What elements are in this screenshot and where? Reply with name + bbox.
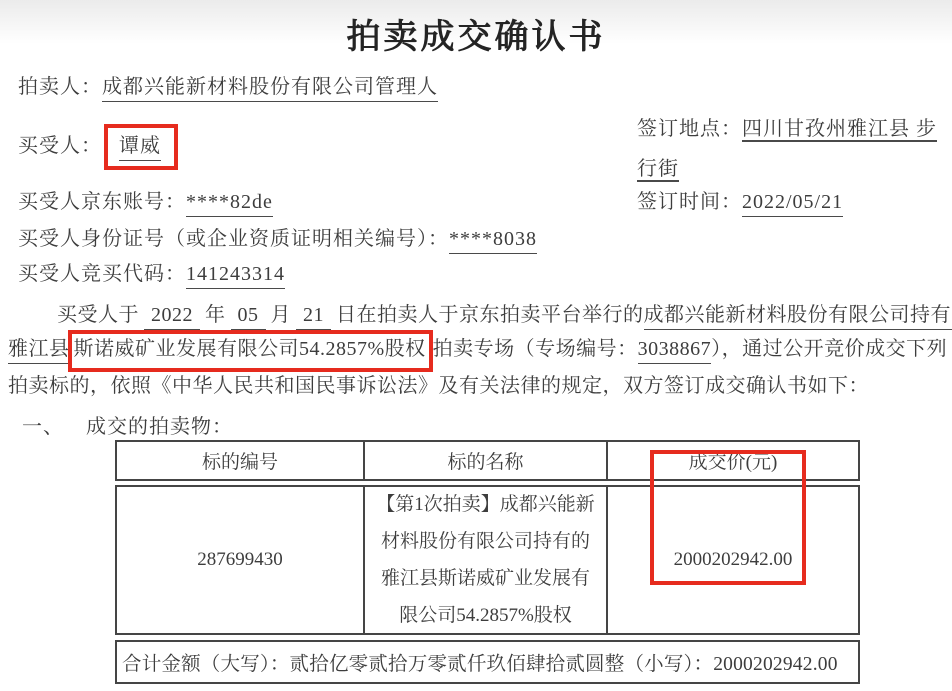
highlight-box-buyer: 谭威	[104, 124, 178, 170]
page-title: 拍卖成交确认书	[0, 9, 952, 58]
para-equity: 斯诺威矿业发展有限公司54.2857%股权	[74, 338, 426, 360]
buyer-id-value: ****8038	[449, 228, 537, 254]
para-line3-text: 拍卖标的，依照《中华人民共和国民事诉讼法》及有关法律的规定，双方签订成交确认书如…	[8, 375, 869, 397]
sign-place-label: 签订地点：	[637, 118, 742, 140]
table-data-row: 287699430 【第1次拍卖】成都兴能新材料股份有限公司持有的雅江县斯诺威矿…	[115, 485, 860, 635]
para-day: 21	[296, 304, 331, 330]
auctioneer-value: 成都兴能新材料股份有限公司管理人	[102, 76, 438, 102]
buyer-label: 买受人：	[18, 135, 102, 157]
paragraph-line-1: 买受人于2022年05月21日在拍卖人于京东拍卖平台举行的成都兴能新材料股份有限…	[57, 302, 952, 329]
section-title: 成交的拍卖物：	[86, 416, 233, 438]
table-total-row: 合计金额（大写）：贰拾亿零贰拾万零贰仟玖佰肆拾贰圆整（小写）：200020294…	[115, 640, 860, 684]
para-holder: 成都兴能新材料股份有限公司持有的	[644, 304, 952, 330]
paragraph-line-3: 拍卖标的，依照《中华人民共和国民事诉讼法》及有关法律的规定，双方签订成交确认书如…	[8, 373, 869, 400]
field-sign-place: 签订地点：四川甘孜州雅江县 步行街	[637, 109, 949, 189]
sign-time-value: 2022/05/21	[742, 191, 843, 217]
para-month: 05	[231, 304, 266, 330]
table-header-row: 标的编号 标的名称 成交价(元)	[115, 440, 860, 481]
para-session-prefix: 拍卖专场（专场编号：	[433, 338, 638, 360]
field-bid-code: 买受人竞买代码：141243314	[18, 261, 285, 287]
section-number: 一、	[22, 416, 64, 438]
para-sep-month: 月	[271, 304, 292, 326]
bid-code-value: 141243314	[186, 263, 285, 289]
field-sign-time: 签订时间：2022/05/21	[637, 189, 843, 215]
field-auctioneer: 拍卖人：成都兴能新材料股份有限公司管理人	[18, 74, 438, 100]
field-buyer: 买受人：谭威	[18, 133, 178, 159]
header-lot-number: 标的编号	[117, 442, 365, 479]
jd-account-label: 买受人京东账号：	[18, 191, 186, 213]
para-lead: 买受人于	[57, 304, 139, 326]
lots-table: 标的编号 标的名称 成交价(元) 287699430 【第1次拍卖】成都兴能新材…	[115, 440, 860, 690]
field-jd-account: 买受人京东账号：****82de	[18, 189, 273, 215]
cell-lot-name: 【第1次拍卖】成都兴能新材料股份有限公司持有的雅江县斯诺威矿业发展有限公司54.…	[365, 487, 608, 633]
header-deal-price: 成交价(元)	[608, 442, 858, 479]
jd-account-value: ****82de	[186, 191, 273, 217]
field-buyer-id: 买受人身份证号（或企业资质证明相关编号）：****8038	[18, 226, 537, 252]
para-county: 雅江县	[8, 338, 70, 364]
section-heading: 一、成交的拍卖物：	[22, 414, 233, 440]
sign-time-label: 签订时间：	[637, 191, 742, 213]
auctioneer-label: 拍卖人：	[18, 76, 102, 98]
bid-code-label: 买受人竞买代码：	[18, 263, 186, 285]
para-after-day: 日在拍卖人于京东拍卖平台举行的	[336, 304, 644, 326]
para-year: 2022	[144, 304, 200, 330]
highlight-box-equity: 斯诺威矿业发展有限公司54.2857%股权	[68, 330, 433, 372]
cell-lot-number: 287699430	[117, 487, 365, 633]
header-lot-name: 标的名称	[365, 442, 608, 479]
auction-confirmation-document: { "title": "拍卖成交确认书", "colors": { "highl…	[0, 0, 952, 691]
para-session-suffix: ），通过公开竞价成交下列	[711, 338, 947, 360]
buyer-id-label: 买受人身份证号（或企业资质证明相关编号）：	[18, 228, 449, 250]
para-sep-year: 年	[205, 304, 226, 326]
para-session-no: 3038867	[638, 338, 712, 364]
paragraph-line-2: 雅江县斯诺威矿业发展有限公司54.2857%股权拍卖专场（专场编号：303886…	[8, 336, 947, 363]
total-amount-text: 合计金额（大写）：贰拾亿零贰拾万零贰仟玖佰肆拾贰圆整（小写）：200020294…	[122, 648, 838, 676]
cell-deal-price: 2000202942.00	[608, 487, 858, 633]
buyer-value: 谭威	[119, 135, 161, 161]
